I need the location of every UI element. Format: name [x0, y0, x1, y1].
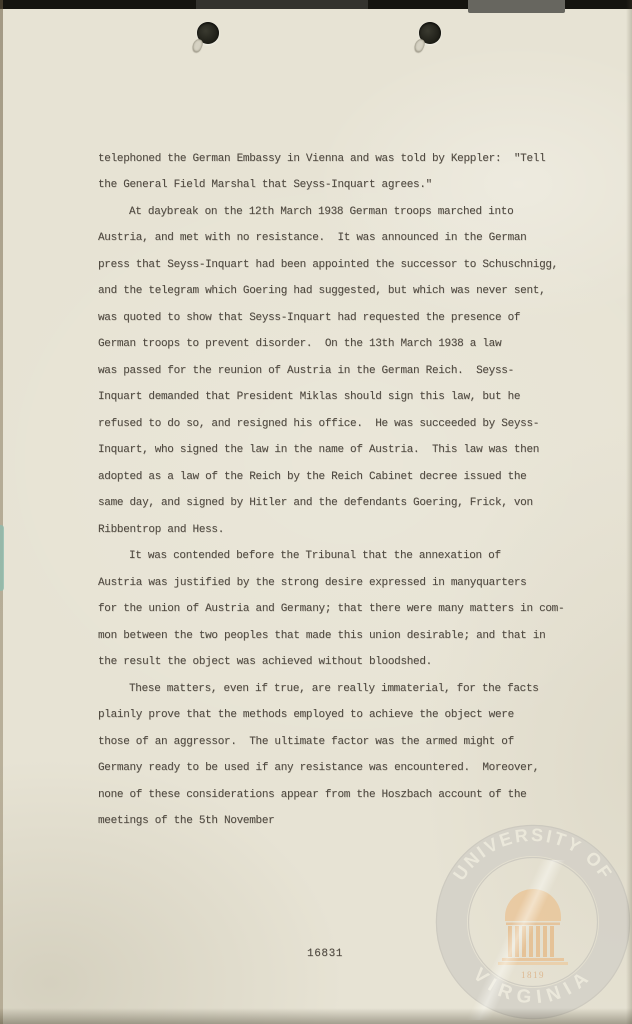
scanned-document-page: telephoned the German Embassy in Vienna …: [0, 0, 632, 1024]
text-line: plainly prove that the methods employed …: [98, 702, 584, 729]
text-line: and the telegram which Goering had sugge…: [98, 278, 584, 305]
uva-seal-watermark: UNIVERSITY OF VIRGINIA 1819: [428, 817, 632, 1024]
text-line: German troops to prevent disorder. On th…: [98, 331, 584, 358]
scan-edge-segment: [468, 0, 565, 13]
text-line: for the union of Austria and Germany; th…: [98, 596, 584, 623]
text-line: Austria, and met with no resistance. It …: [98, 225, 584, 252]
text-line: Inquart, who signed the law in the name …: [98, 437, 584, 464]
text-line: At daybreak on the 12th March 1938 Germa…: [98, 199, 584, 226]
document-text: telephoned the German Embassy in Vienna …: [98, 66, 584, 835]
text-line: mon between the two peoples that made th…: [98, 623, 584, 650]
text-line: same day, and signed by Hitler and the d…: [98, 490, 584, 517]
text-line: was passed for the reunion of Austria in…: [98, 358, 584, 385]
scan-edge-segment: [196, 0, 368, 9]
text-line: press that Seyss-Inquart had been appoin…: [98, 252, 584, 279]
text-line: the result the object was achieved witho…: [98, 649, 584, 676]
seal-year: 1819: [521, 970, 545, 980]
scan-left-edge: [0, 0, 3, 1024]
hole-punch-left: [197, 22, 219, 44]
rotunda-icon: [498, 889, 568, 965]
text-line: telephoned the German Embassy in Vienna …: [98, 146, 584, 173]
text-line: Austria was justified by the strong desi…: [98, 570, 584, 597]
text-line: Inquart demanded that President Miklas s…: [98, 384, 584, 411]
text-line: These matters, even if true, are really …: [98, 676, 584, 703]
text-line: those of an aggressor. The ultimate fact…: [98, 729, 584, 756]
text-line: Germany ready to be used if any resistan…: [98, 755, 584, 782]
text-line: was quoted to show that Seyss-Inquart ha…: [98, 305, 584, 332]
scan-artifact-teal: [0, 525, 4, 591]
text-line: the General Field Marshal that Seyss-Inq…: [98, 172, 584, 199]
text-line: refused to do so, and resigned his offic…: [98, 411, 584, 438]
scan-right-shade: [626, 0, 632, 1024]
hole-punch-right: [419, 22, 441, 44]
text-line: It was contended before the Tribunal tha…: [98, 543, 584, 570]
text-line: adopted as a law of the Reich by the Rei…: [98, 464, 584, 491]
page-number: 16831: [307, 948, 343, 960]
scan-edge-artifact: [0, 0, 632, 9]
text-line: none of these considerations appear from…: [98, 782, 584, 809]
scan-bottom-shade: [0, 1008, 632, 1024]
text-line: Ribbentrop and Hess.: [98, 517, 584, 544]
